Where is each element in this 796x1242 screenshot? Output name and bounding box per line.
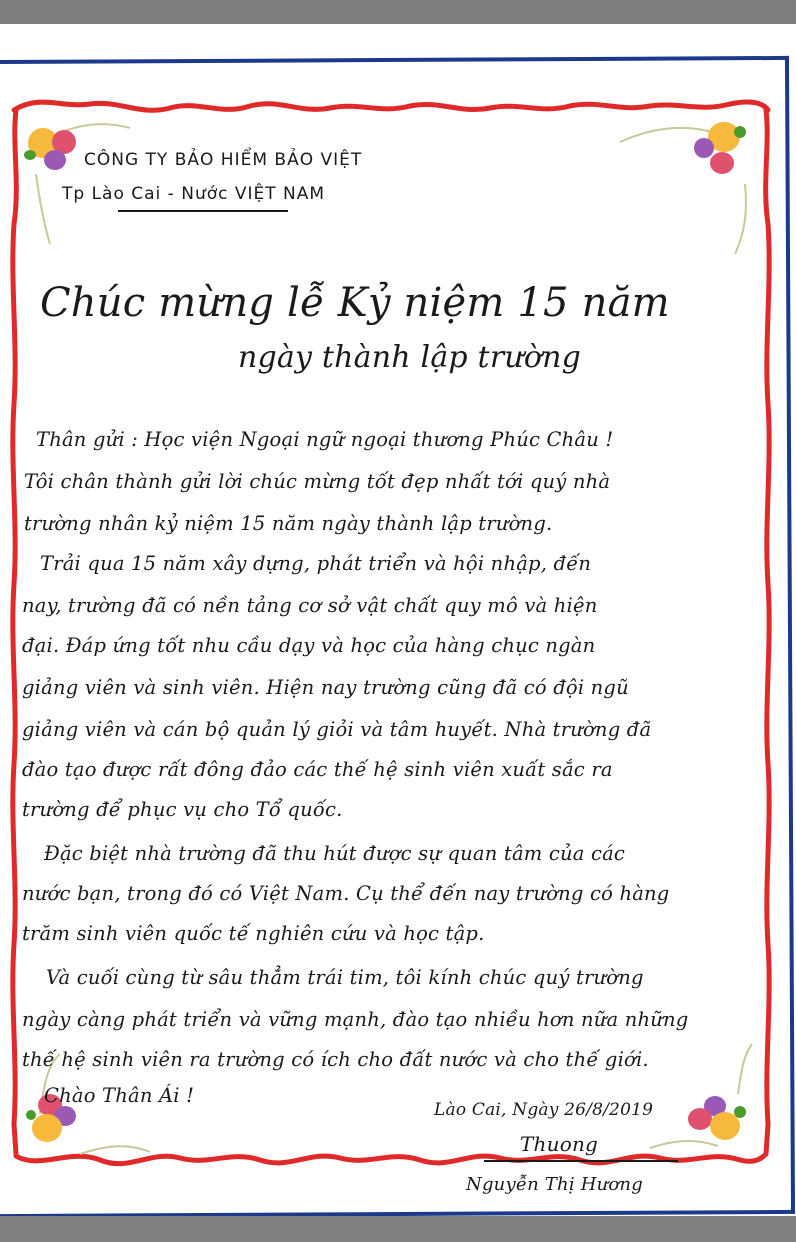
body-line: trăm sinh viên quốc tế nghiên cứu và học…: [22, 922, 484, 945]
signature: Thuong: [520, 1132, 598, 1156]
place-and-date: Lào Cai, Ngày 26/8/2019: [434, 1100, 653, 1120]
body-line: nước bạn, trong đó có Việt Nam. Cụ thể đ…: [22, 882, 669, 905]
body-line: thế hệ sinh viên ra trường có ích cho đấ…: [22, 1048, 649, 1071]
body-line: trường nhân kỷ niệm 15 năm ngày thành lậ…: [24, 512, 552, 535]
bottom-gray-bar: [0, 1216, 796, 1242]
letter-title-line2: ngày thành lập trường: [238, 340, 581, 375]
letter-content: CÔNG TY BẢO HIỂM BẢO VIỆT Tp Lào Cai - N…: [0, 24, 796, 1216]
body-line: giảng viên và cán bộ quản lý giỏi và tâm…: [22, 718, 651, 741]
body-line: Và cuối cùng từ sâu thẳm trái tim, tôi k…: [46, 966, 644, 989]
sender-location: Tp Lào Cai - Nước VIỆT NAM: [62, 184, 325, 204]
body-line: Thân gửi : Học viện Ngoại ngữ ngoại thươ…: [36, 428, 613, 451]
signature-stroke: [484, 1160, 678, 1162]
sender-underline: [118, 210, 288, 212]
body-line: đại. Đáp ứng tốt nhu cầu dạy và học của …: [22, 634, 595, 657]
body-line: nay, trường đã có nền tảng cơ sở vật chấ…: [22, 594, 597, 617]
body-line: giảng viên và sinh viên. Hiện nay trường…: [22, 676, 629, 699]
body-line: Đặc biệt nhà trường đã thu hút được sự q…: [44, 842, 625, 865]
body-line-closing: Chào Thân Ái !: [44, 1084, 194, 1107]
body-line: Trải qua 15 năm xây dựng, phát triển và …: [40, 552, 591, 575]
letter-title-line1: Chúc mừng lễ Kỷ niệm 15 năm: [40, 280, 670, 326]
signer-name: Nguyễn Thị Hương: [466, 1174, 643, 1195]
sender-company: CÔNG TY BẢO HIỂM BẢO VIỆT: [84, 150, 362, 170]
body-line: trường để phục vụ cho Tổ quốc.: [22, 798, 343, 821]
body-line: Tôi chân thành gửi lời chúc mừng tốt đẹp…: [24, 470, 610, 493]
letter-paper: CÔNG TY BẢO HIỂM BẢO VIỆT Tp Lào Cai - N…: [0, 24, 796, 1216]
body-line: đào tạo được rất đông đảo các thế hệ sin…: [22, 758, 613, 781]
top-gray-bar: [0, 0, 796, 24]
body-line: ngày càng phát triển và vững mạnh, đào t…: [22, 1008, 688, 1031]
